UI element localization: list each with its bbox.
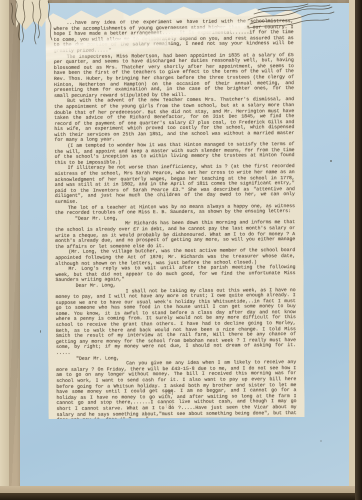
- dust-speck: [40, 330, 41, 333]
- paragraph: (Mr. Long, the village butcher, was the …: [55, 248, 295, 267]
- photo-border-bottom: [0, 493, 362, 500]
- paragraph: The inspectress, Miss Robertson, had bee…: [54, 53, 294, 100]
- typed-text: ...have any idea of the experiment we ha…: [53, 19, 296, 424]
- paragraph: The lot of a teacher at Hinton was by no…: [55, 204, 295, 217]
- frayed-threads-right: [246, 2, 336, 34]
- paragraph: Mr Richards has been down this morning a…: [55, 220, 295, 250]
- frayed-threads-left: [6, 0, 58, 48]
- paragraph: If illiteracy be not worse than ineffici…: [55, 164, 295, 205]
- dust-speck: [320, 440, 322, 442]
- paragraph: Mr. Long's reply was to wait until after…: [55, 265, 295, 284]
- photo-of-document: ...have any idea of the experiment we ha…: [0, 0, 362, 500]
- paragraph: I shall not be taking my class out this …: [56, 288, 297, 357]
- paragraph: (I am tempted to wonder how it was that …: [54, 142, 294, 166]
- paragraph: But with the advent of the new Teacher c…: [54, 97, 294, 144]
- paper-edge-left: [0, 0, 9, 492]
- dust-speck: [330, 160, 332, 162]
- typed-page: ...have any idea of the experiment we ha…: [45, 4, 304, 419]
- photo-border-right: [355, 0, 362, 500]
